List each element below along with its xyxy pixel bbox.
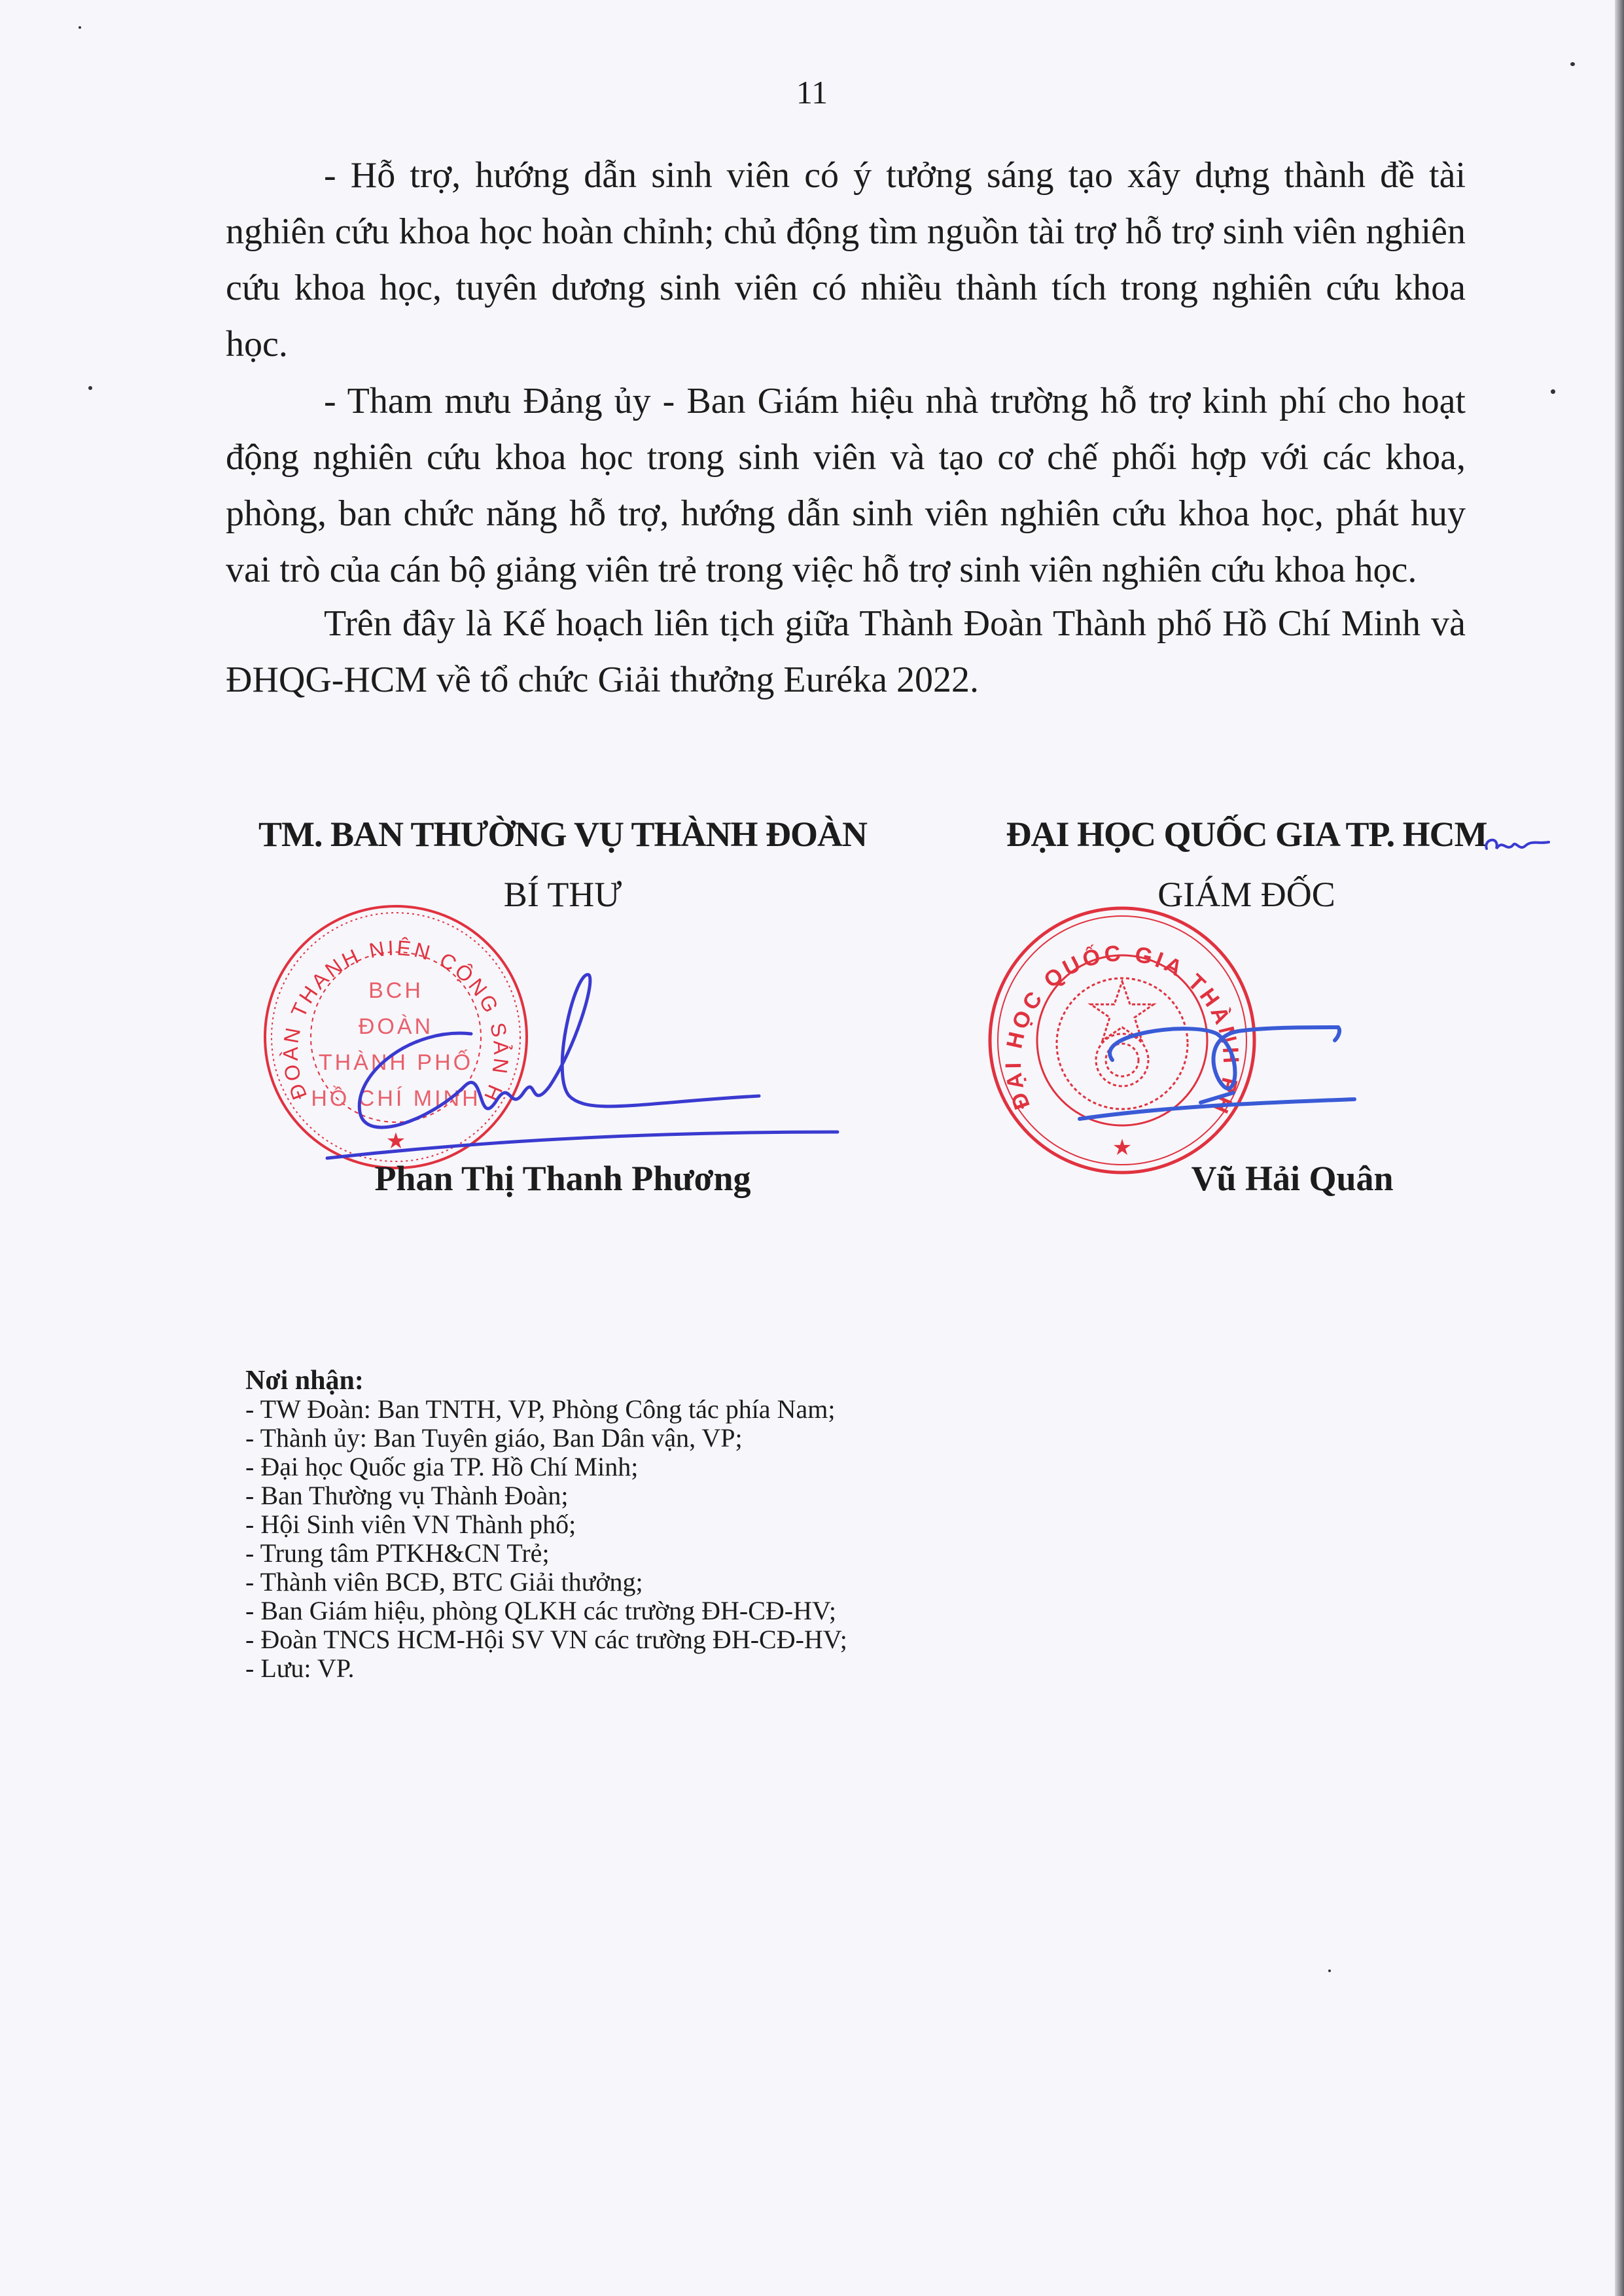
body-paragraph: - Tham mưu Đảng ủy - Ban Giám hiệu nhà t… [226, 373, 1466, 598]
signer-name: Phan Thị Thanh Phương [236, 1158, 890, 1199]
recipient-item: - Trung tâm PTKH&CN Trẻ; [245, 1539, 847, 1568]
recipient-item: - Đại học Quốc gia TP. Hồ Chí Minh; [245, 1453, 847, 1481]
scan-speck [1328, 1969, 1331, 1972]
handwritten-signature-icon [1073, 1008, 1361, 1125]
recipient-item: - Thành viên BCĐ, BTC Giải thưởng; [245, 1568, 847, 1597]
paragraph-text: Trên đây là Kế hoạch liên tịch giữa Thàn… [226, 595, 1466, 708]
recipient-item: - Đoàn TNCS HCM-Hội SV VN các trường ĐH-… [245, 1625, 847, 1654]
page-number: 11 [0, 73, 1624, 111]
handwritten-signature-icon [314, 955, 851, 1171]
scan-speck [88, 386, 92, 390]
scan-speck [1551, 389, 1555, 394]
body-paragraph: - Hỗ trợ, hướng dẫn sinh viên có ý tưởng… [226, 147, 1466, 372]
scan-speck [1570, 62, 1575, 66]
recipient-item: - Hội Sinh viên VN Thành phố; [245, 1510, 847, 1539]
recipient-item: - TW Đoàn: Ban TNTH, VP, Phòng Công tác … [245, 1395, 847, 1424]
recipient-item: - Lưu: VP. [245, 1654, 847, 1683]
recipient-item: - Ban Thường vụ Thành Đoàn; [245, 1481, 847, 1510]
signer-organization: TM. BAN THƯỜNG VỤ THÀNH ĐOÀN [236, 811, 890, 857]
scan-speck [79, 26, 81, 29]
paragraph-text: - Tham mưu Đảng ủy - Ban Giám hiệu nhà t… [226, 373, 1466, 598]
handwritten-initials-icon [1480, 826, 1552, 858]
signer-name: Vũ Hải Quân [1014, 1158, 1570, 1199]
signature-block-right: ĐẠI HỌC QUỐC GIA TP. HCM GIÁM ĐỐC [952, 811, 1541, 917]
body-paragraph: Trên đây là Kế hoạch liên tịch giữa Thàn… [226, 595, 1466, 708]
svg-text:★: ★ [1112, 1136, 1132, 1160]
recipient-item: - Thành ủy: Ban Tuyên giáo, Ban Dân vận,… [245, 1424, 847, 1453]
signer-organization: ĐẠI HỌC QUỐC GIA TP. HCM [952, 811, 1541, 857]
recipients-list: Nơi nhận: - TW Đoàn: Ban TNTH, VP, Phòng… [245, 1366, 847, 1683]
paragraph-text: - Hỗ trợ, hướng dẫn sinh viên có ý tưởng… [226, 147, 1466, 372]
recipients-title: Nơi nhận: [245, 1366, 847, 1395]
scan-page-edge [1615, 0, 1624, 2296]
recipient-item: - Ban Giám hiệu, phòng QLKH các trường Đ… [245, 1597, 847, 1625]
